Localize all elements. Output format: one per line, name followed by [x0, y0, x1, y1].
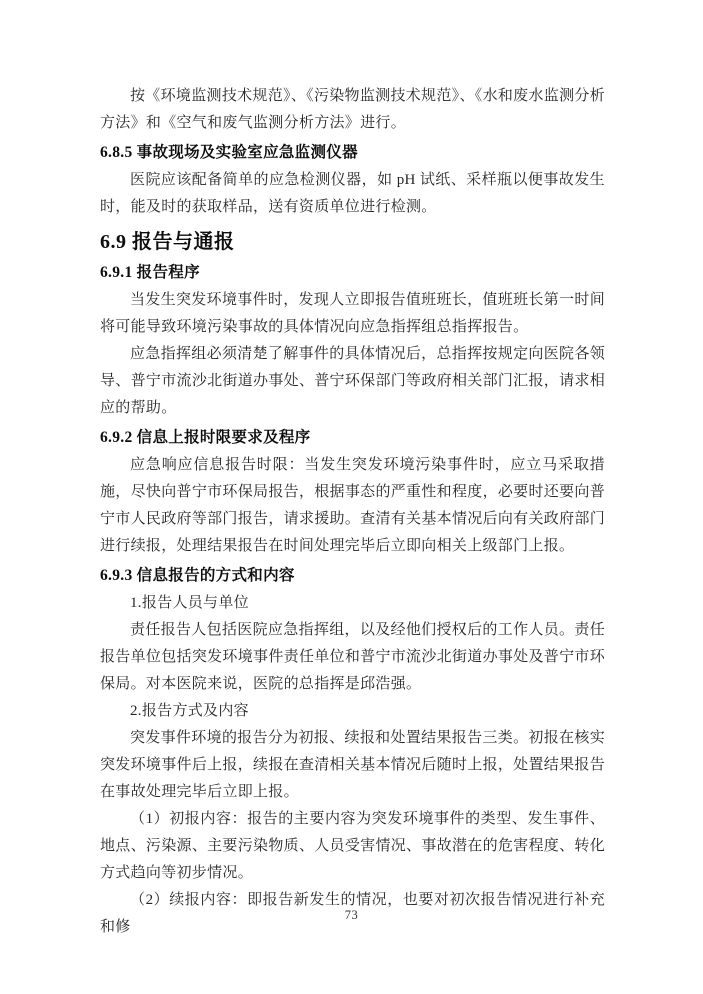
- paragraph: 突发事件环境的报告分为初报、续报和处置结果报告三类。初报在核实突发环境事件后上报…: [100, 725, 605, 806]
- section-heading: 6.9.3 信息报告的方式和内容: [100, 563, 605, 589]
- section-heading: 6.9.1 报告程序: [100, 260, 605, 286]
- paragraph: 应急响应信息报告时限：当发生突发环境污染事件时，应立马采取措施，尽快向普宁市环保…: [100, 452, 605, 560]
- paragraph: 责任报告人包括医院应急指挥组，以及经他们授权后的工作人员。责任报告单位包括突发环…: [100, 617, 605, 698]
- paragraph: 应急指挥组必须清楚了解事件的具体情况后，总指挥按规定向医院各领导、普宁市流沙北街…: [100, 341, 605, 422]
- paragraph: （1）初报内容：报告的主要内容为突发环境事件的类型、发生事件、地点、污染源、主要…: [100, 806, 605, 887]
- document-body: 按《环境监测技术规范》、《污染物监测技术规范》、《水和废水监测分析方法》和《空气…: [100, 83, 605, 941]
- chapter-heading: 6.9 报告与通报: [100, 227, 605, 257]
- section-heading: 6.8.5 事故现场及实验室应急监测仪器: [100, 140, 605, 166]
- paragraph: 医院应该配备简单的应急检测仪器，如 pH 试纸、采样瓶以便事故发生时，能及时的获…: [100, 167, 605, 221]
- paragraph: 2.报告方式及内容: [100, 698, 605, 725]
- section-heading: 6.9.2 信息上报时限要求及程序: [100, 425, 605, 451]
- paragraph: 当发生突发环境事件时，发现人立即报告值班班长，值班班长第一时间将可能导致环境污染…: [100, 287, 605, 341]
- paragraph: 1.报告人员与单位: [100, 590, 605, 617]
- document-page: 按《环境监测技术规范》、《污染物监测技术规范》、《水和废水监测分析方法》和《空气…: [0, 0, 703, 994]
- paragraph: 按《环境监测技术规范》、《污染物监测技术规范》、《水和废水监测分析方法》和《空气…: [100, 83, 605, 137]
- page-number: 73: [0, 908, 703, 923]
